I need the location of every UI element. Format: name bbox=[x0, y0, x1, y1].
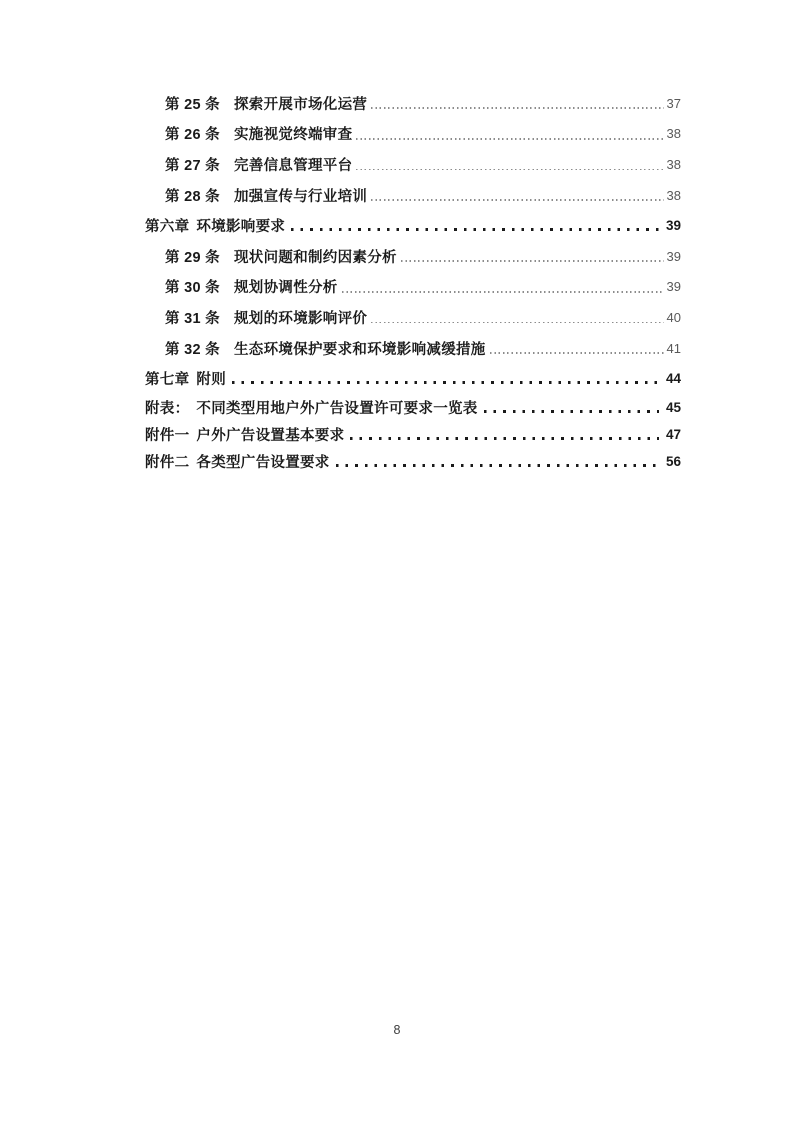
toc-entry-label: 第 26 条 bbox=[165, 123, 220, 144]
toc-entry-title: 户外广告设置基本要求 bbox=[196, 424, 344, 445]
dot-leader bbox=[356, 138, 663, 140]
toc-entry-title: 实施视觉终端审查 bbox=[234, 123, 352, 144]
dot-leader bbox=[342, 291, 664, 293]
toc-entry-page-number: 56 bbox=[666, 454, 681, 469]
page-footer: 8 bbox=[0, 1023, 794, 1037]
toc-entry-page-number: 38 bbox=[667, 188, 681, 203]
toc-entry: 第 30 条 规划协调性分析 39 bbox=[145, 272, 681, 303]
toc-entry-page-number: 39 bbox=[666, 218, 681, 233]
dot-leader bbox=[291, 228, 659, 231]
toc-entry-label: 第 30 条 bbox=[165, 276, 220, 297]
toc-entry-title: 探索开展市场化运营 bbox=[234, 93, 367, 114]
toc-entry-label: 第 29 条 bbox=[165, 246, 220, 267]
toc-entry-page-number: 41 bbox=[667, 341, 681, 356]
toc-entry-page-number: 39 bbox=[667, 249, 681, 264]
dot-leader bbox=[371, 107, 663, 109]
dot-leader bbox=[232, 381, 659, 384]
toc-entry: 附件二 各类型广告设置要求 56 bbox=[145, 448, 681, 475]
toc-entry-label: 第 25 条 bbox=[165, 93, 220, 114]
toc-entry-title: 完善信息管理平台 bbox=[234, 154, 352, 175]
toc-entry-label: 第七章 bbox=[145, 368, 189, 389]
dot-leader bbox=[401, 260, 664, 262]
dot-leader bbox=[371, 322, 663, 324]
toc-entry-title: 加强宣传与行业培训 bbox=[234, 185, 367, 206]
toc-entry-label: 第 32 条 bbox=[165, 338, 220, 359]
dot-leader bbox=[356, 169, 663, 171]
toc-entry: 第六章 环境影响要求 39 bbox=[145, 210, 681, 241]
toc-entry-page-number: 38 bbox=[667, 157, 681, 172]
toc-entry: 附件一 户外广告设置基本要求 47 bbox=[145, 421, 681, 448]
toc-entry-page-number: 45 bbox=[666, 400, 681, 415]
toc-entry: 附表： 不同类型用地户外广告设置许可要求一览表 45 bbox=[145, 394, 681, 421]
toc-entry: 第 26 条 实施视觉终端审查 38 bbox=[145, 119, 681, 150]
toc-entry-title: 现状问题和制约因素分析 bbox=[234, 246, 397, 267]
toc-entry-page-number: 47 bbox=[666, 427, 681, 442]
toc-entry-title: 规划协调性分析 bbox=[234, 276, 338, 297]
toc-entry-title: 附则 bbox=[196, 368, 226, 389]
toc-entry-page-number: 37 bbox=[667, 96, 681, 111]
dot-leader bbox=[336, 464, 659, 467]
toc-entry: 第 25 条 探索开展市场化运营 37 bbox=[145, 88, 681, 119]
footer-page-number: 8 bbox=[394, 1023, 401, 1037]
toc-entry-label: 第 31 条 bbox=[165, 307, 220, 328]
dot-leader bbox=[490, 352, 664, 354]
toc-entry-label: 第 27 条 bbox=[165, 154, 220, 175]
toc-entry-page-number: 39 bbox=[667, 279, 681, 294]
toc-entry-title: 各类型广告设置要求 bbox=[196, 451, 329, 472]
toc-entry-page-number: 38 bbox=[667, 126, 681, 141]
toc-entry-label: 附表： bbox=[145, 397, 189, 418]
toc-entry-label: 附件二 bbox=[145, 451, 189, 472]
toc-entry: 第七章 附则 44 bbox=[145, 363, 681, 394]
toc-entry-title: 环境影响要求 bbox=[196, 215, 285, 236]
table-of-contents: 第 25 条 探索开展市场化运营 37 第 26 条 实施视觉终端审查 38 第… bbox=[145, 88, 681, 475]
toc-entry-title: 规划的环境影响评价 bbox=[234, 307, 367, 328]
toc-entry: 第 29 条 现状问题和制约因素分析 39 bbox=[145, 241, 681, 272]
toc-entry-title: 不同类型用地户外广告设置许可要求一览表 bbox=[196, 397, 477, 418]
toc-entry: 第 27 条 完善信息管理平台 38 bbox=[145, 149, 681, 180]
dot-leader bbox=[484, 410, 659, 413]
toc-entry: 第 31 条 规划的环境影响评价 40 bbox=[145, 302, 681, 333]
dot-leader bbox=[350, 437, 659, 440]
toc-entry-title: 生态环境保护要求和环境影响减缓措施 bbox=[234, 338, 486, 359]
toc-entry-label: 第 28 条 bbox=[165, 185, 220, 206]
toc-entry-page-number: 40 bbox=[667, 310, 681, 325]
toc-entry-page-number: 44 bbox=[666, 371, 681, 386]
toc-entry-label: 附件一 bbox=[145, 424, 189, 445]
toc-entry-label: 第六章 bbox=[145, 215, 189, 236]
toc-entry: 第 28 条 加强宣传与行业培训 38 bbox=[145, 180, 681, 211]
dot-leader bbox=[371, 199, 663, 201]
toc-entry: 第 32 条 生态环境保护要求和环境影响减缓措施 41 bbox=[145, 333, 681, 364]
